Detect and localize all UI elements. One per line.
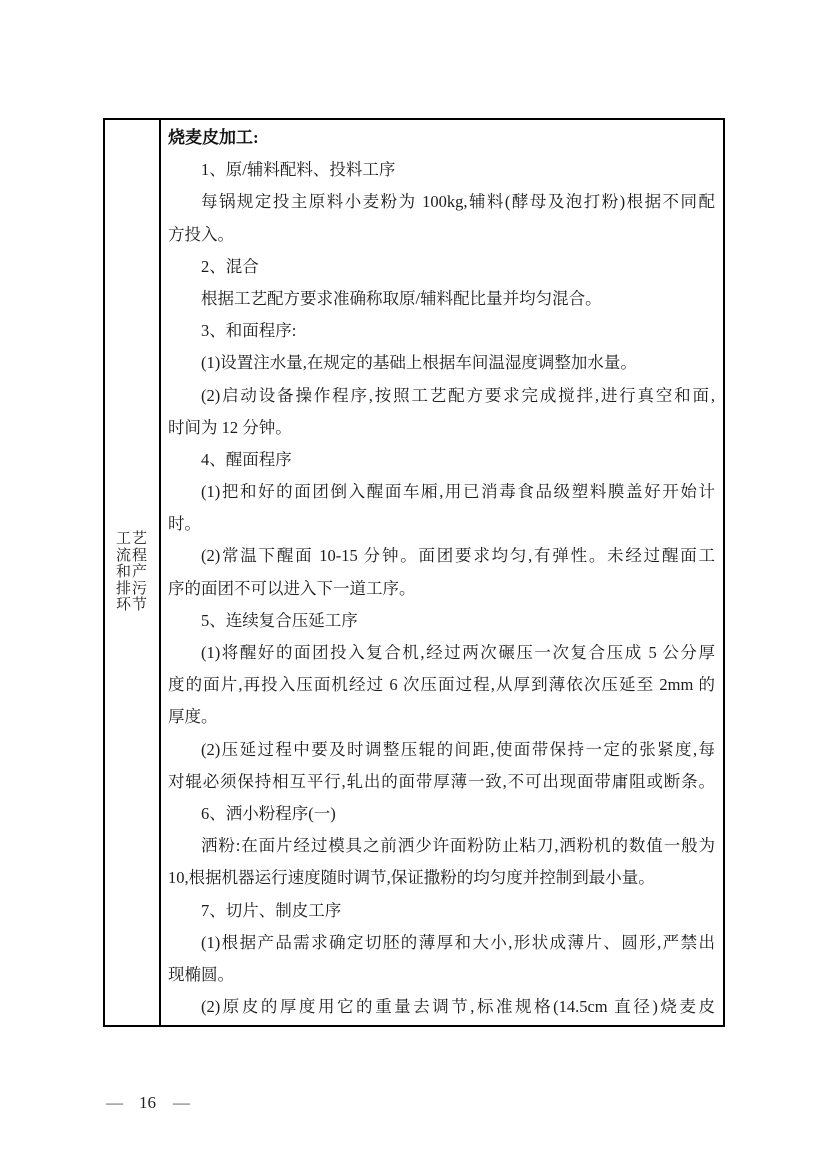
text-line: (2)压延过程中要及时调整压辊的间距,使面带保持一定的张紧度,每 — [168, 734, 715, 766]
text-line: 10,根据机器运行速度随时调节,保证撒粉的均匀度并控制到最小量。 — [168, 862, 715, 894]
text-line: 3、和面程序: — [168, 315, 715, 347]
text-line: (1)设置注水量,在规定的基础上根据车间温湿度调整加水量。 — [168, 347, 715, 379]
text-line: 2、混合 — [168, 251, 715, 283]
text-line: 序的面团不可以进入下一道工序。 — [168, 573, 715, 605]
text-line: 现椭圆。 — [168, 959, 715, 991]
text-line: 度的面片,再投入压面机经过 6 次压面过程,从厚到薄依次压延至 2mm 的 — [168, 669, 715, 701]
content-column: 烧麦皮加工:1、原/辅料配料、投料工序每锅规定投主原料小麦粉为 100kg,辅料… — [161, 120, 723, 1025]
text-line: 根据工艺配方要求准确称取原/辅料配比量并均匀混合。 — [168, 283, 715, 315]
text-line: (2)原皮的厚度用它的重量去调节,标准规格(14.5cm 直径)烧麦皮 — [168, 991, 715, 1023]
section-title-line: 烧麦皮加工: — [168, 122, 715, 154]
row-label-line: 和产 — [116, 564, 148, 581]
row-label-line: 工艺 — [116, 531, 148, 548]
text-line: 洒粉:在面片经过模具之前洒少许面粉防止粘刀,洒粉机的数值一般为 — [168, 830, 715, 862]
page-number-left-dash: — — [106, 1093, 122, 1113]
text-line: 5、连续复合压延工序 — [168, 605, 715, 637]
document-page: 工艺流程和产排污环节 烧麦皮加工:1、原/辅料配料、投料工序每锅规定投主原料小麦… — [0, 0, 827, 1169]
row-label-cell: 工艺流程和产排污环节 — [105, 120, 161, 1025]
text-line: (1)将醒好的面团投入复合机,经过两次碾压一次复合压成 5 公分厚 — [168, 637, 715, 669]
text-line: (2)常温下醒面 10-15 分钟。面团要求均匀,有弹性。未经过醒面工 — [168, 540, 715, 572]
process-table: 工艺流程和产排污环节 烧麦皮加工:1、原/辅料配料、投料工序每锅规定投主原料小麦… — [103, 118, 725, 1027]
text-line: (1)把和好的面团倒入醒面车厢,用已消毒食品级塑料膜盖好开始计 — [168, 476, 715, 508]
text-line: 对辊必须保持相互平行,轧出的面带厚薄一致,不可出现面带庸阻或断条。 — [168, 766, 715, 798]
text-line: 7、切片、制皮工序 — [168, 895, 715, 927]
page-number-value: 16 — [139, 1093, 156, 1113]
text-line: (2)启动设备操作程序,按照工艺配方要求完成搅拌,进行真空和面, — [168, 380, 715, 412]
text-line: 时间为 12 分钟。 — [168, 412, 715, 444]
text-line: 时。 — [168, 508, 715, 540]
text-line: (1)根据产品需求确定切胚的薄厚和大小,形状成薄片、圆形,严禁出 — [168, 927, 715, 959]
row-label-text: 工艺流程和产排污环节 — [116, 531, 148, 614]
text-line: 方投入。 — [168, 219, 715, 251]
row-label-line: 环节 — [116, 597, 148, 614]
text-line: 1、原/辅料配料、投料工序 — [168, 154, 715, 186]
page-number-right-dash: — — [173, 1093, 189, 1113]
text-line: 厚度。 — [168, 701, 715, 733]
row-label-line: 排污 — [116, 581, 148, 598]
text-line: 每锅规定投主原料小麦粉为 100kg,辅料(酵母及泡打粉)根据不同配 — [168, 186, 715, 218]
page-number: — 16 — — [106, 1093, 189, 1113]
text-line: 4、醒面程序 — [168, 444, 715, 476]
row-label-line: 流程 — [116, 548, 148, 565]
text-line: 6、洒小粉程序(一) — [168, 798, 715, 830]
